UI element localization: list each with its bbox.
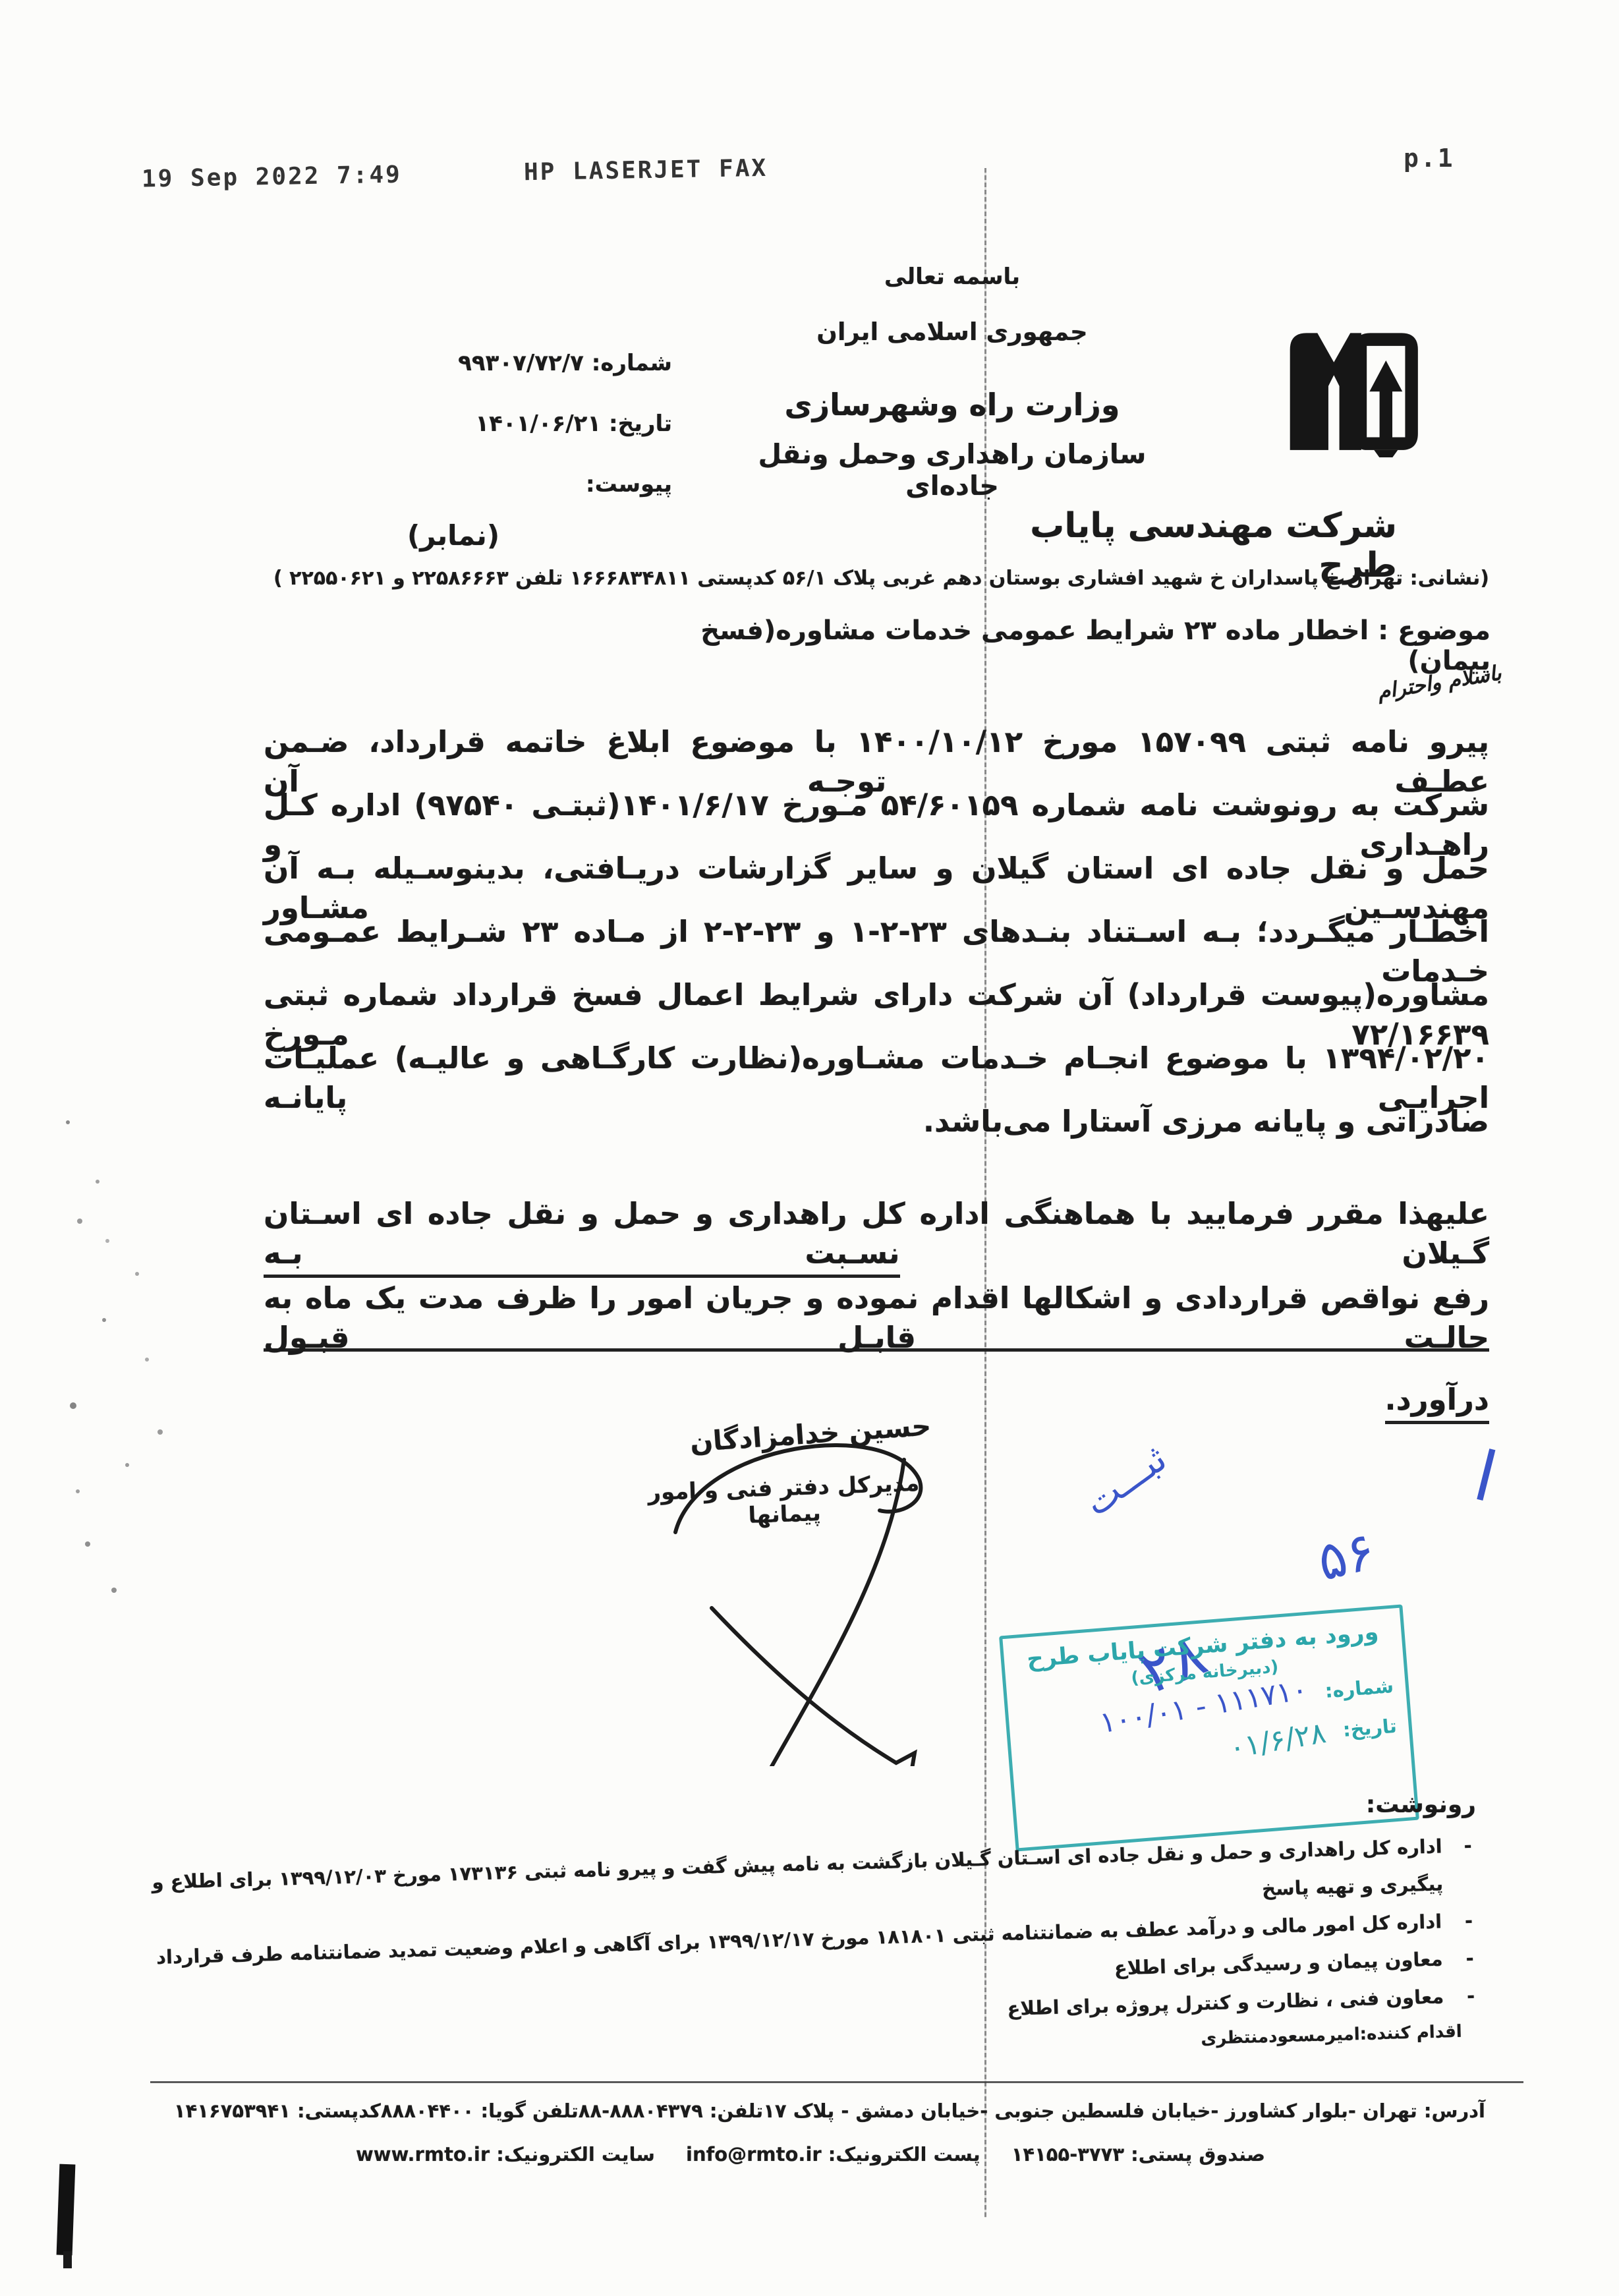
bullet-dash-icon: -	[1460, 1939, 1481, 1978]
body-line: حمل و نقل جاده ای استان گیلان و سایر گزا…	[264, 849, 1489, 912]
footer-line-2: صندوق پستی: ۳۷۷۳-۱۴۱۵۵ پست الکترونیک: in…	[356, 2143, 1265, 2166]
footer-line-1: آدرس: تهران -بلوار کشاورز -خیابان فلسطین…	[270, 2100, 1485, 2122]
footer-voice-phone: تلفن گویا: ۸۸۸۰۴۴۰۰	[381, 2100, 579, 2122]
copies-heading: رونوشت:	[1252, 1791, 1476, 1818]
stamp-date-label: تاریخ:	[1342, 1715, 1398, 1741]
body-line: شرکت به رونوشت نامه شماره ۵۴/۶۰۱۵۹ مـورخ…	[264, 786, 1489, 849]
body-line: مشاوره(پیوست قرارداد) آن شرکت دارای شرای…	[264, 975, 1489, 1039]
footer-email: پست الکترونیک: info@rmto.ir	[686, 2143, 980, 2166]
footer-website: سایت الکترونیک: www.rmto.ir	[356, 2143, 655, 2166]
body-line: پیرو نامه ثبتی ۱۵۷۰۹۹ مورخ ۱۴۰۰/۱۰/۱۲ با…	[264, 722, 1489, 786]
scanned-fax-letter: 19 Sep 2022 7:49 HP LASERJET FAX p.1 باس…	[0, 0, 1619, 2296]
rmto-arrows-logo-icon	[1277, 320, 1427, 457]
body-line: ۱۳۹۴/۰۲/۲۰ با موضوع انجـام خـدمات مشـاور…	[264, 1039, 1489, 1102]
letter-date-field: تاریخ: ۱۴۰۱/۰۶/۲۱	[455, 393, 672, 454]
bullet-dash-icon: -	[1460, 1977, 1481, 2015]
body-paragraph: پیرو نامه ثبتی ۱۵۷۰۹۹ مورخ ۱۴۰۰/۱۰/۱۲ با…	[264, 722, 1489, 1165]
organization-name: سازمان راهداری وحمل ونقل جاده‌ای	[754, 438, 1150, 502]
stamp-date-value: ۰۱/۶/۲۸	[1227, 1716, 1328, 1765]
fax-channel-note: (نمابر)	[407, 519, 499, 552]
organization-logo	[1277, 320, 1427, 457]
fax-page-number: p.1	[1404, 144, 1455, 173]
handwritten-note-fragment: ثبـــت	[1077, 1437, 1175, 1525]
letter-attachment-field: پیوست:	[455, 454, 672, 515]
scan-edge-streak-small	[63, 2251, 72, 2268]
footer-phone: تلفن: ۸۸۸۰۴۳۷۹-۸۸	[579, 2100, 763, 2122]
bismillah-line: باسمه تعالی	[754, 264, 1150, 290]
handwritten-signature	[606, 1397, 1002, 1766]
closing-line-1-underlined: نسـبت بـه	[264, 1236, 900, 1278]
closing-line-1: علیهذا مقرر فرمایید با هماهنگی اداره کل …	[264, 1194, 1489, 1255]
recipient-address-line: (نشانی: تهران خ پاسداران خ شهید افشاری ب…	[277, 567, 1489, 590]
state-name: جمهوری اسلامی ایران	[754, 318, 1150, 346]
copies-list: - اداره کل راهداری و حمل و نقل جاده ای ا…	[146, 1827, 1482, 2078]
closing-line-2: رفع نواقص قراردادی و اشکالها اقدام نموده…	[264, 1278, 1489, 1352]
fax-datetime: 19 Sep 2022 7:49	[142, 161, 402, 193]
footer-po-box: صندوق پستی: ۳۷۷۳-۱۴۱۵۵	[1011, 2143, 1265, 2166]
bullet-dash-icon: -	[1459, 1827, 1478, 1903]
fax-noise-speckles	[66, 1120, 70, 1124]
letter-meta-fields: شماره: ۹۹۳۰۷/۷۲/۷ تاریخ: ۱۴۰۱/۰۶/۲۱ پیوس…	[455, 333, 672, 515]
footer-postal-code: کدپستی: ۱۴۱۶۷۵۳۹۴۱	[174, 2100, 381, 2122]
handwritten-note-fragment: ۵۶	[1311, 1520, 1381, 1593]
stamp-number-label: شماره:	[1324, 1675, 1395, 1702]
letterhead: باسمه تعالی جمهوری اسلامی ایران وزارت را…	[754, 264, 1150, 502]
footer-address: آدرس: تهران -بلوار کشاورز -خیابان فلسطین…	[763, 2100, 1485, 2122]
scan-edge-streak	[57, 2164, 76, 2256]
closing-line-3-underlined: درآورد.	[1385, 1382, 1490, 1424]
body-line: اخطـار میگـردد؛ بـه اسـتناد بنـدهای ۲۳-۲…	[264, 912, 1489, 975]
letter-number-field: شماره: ۹۹۳۰۷/۷۲/۷	[455, 333, 672, 393]
closing-paragraph: علیهذا مقرر فرمایید با هماهنگی اداره کل …	[264, 1194, 1489, 1417]
handwritten-note-fragment: ا	[1467, 1435, 1505, 1518]
subject-line: موضوع : اخطار ماده ۲۳ شرایط عمومی خدمات …	[659, 616, 1491, 676]
ministry-name: وزارت راه وشهرسازی	[754, 387, 1150, 422]
fax-device-name: HP LASERJET FAX	[524, 155, 768, 186]
bullet-dash-icon: -	[1458, 1902, 1479, 1940]
footer-divider	[150, 2081, 1523, 2083]
